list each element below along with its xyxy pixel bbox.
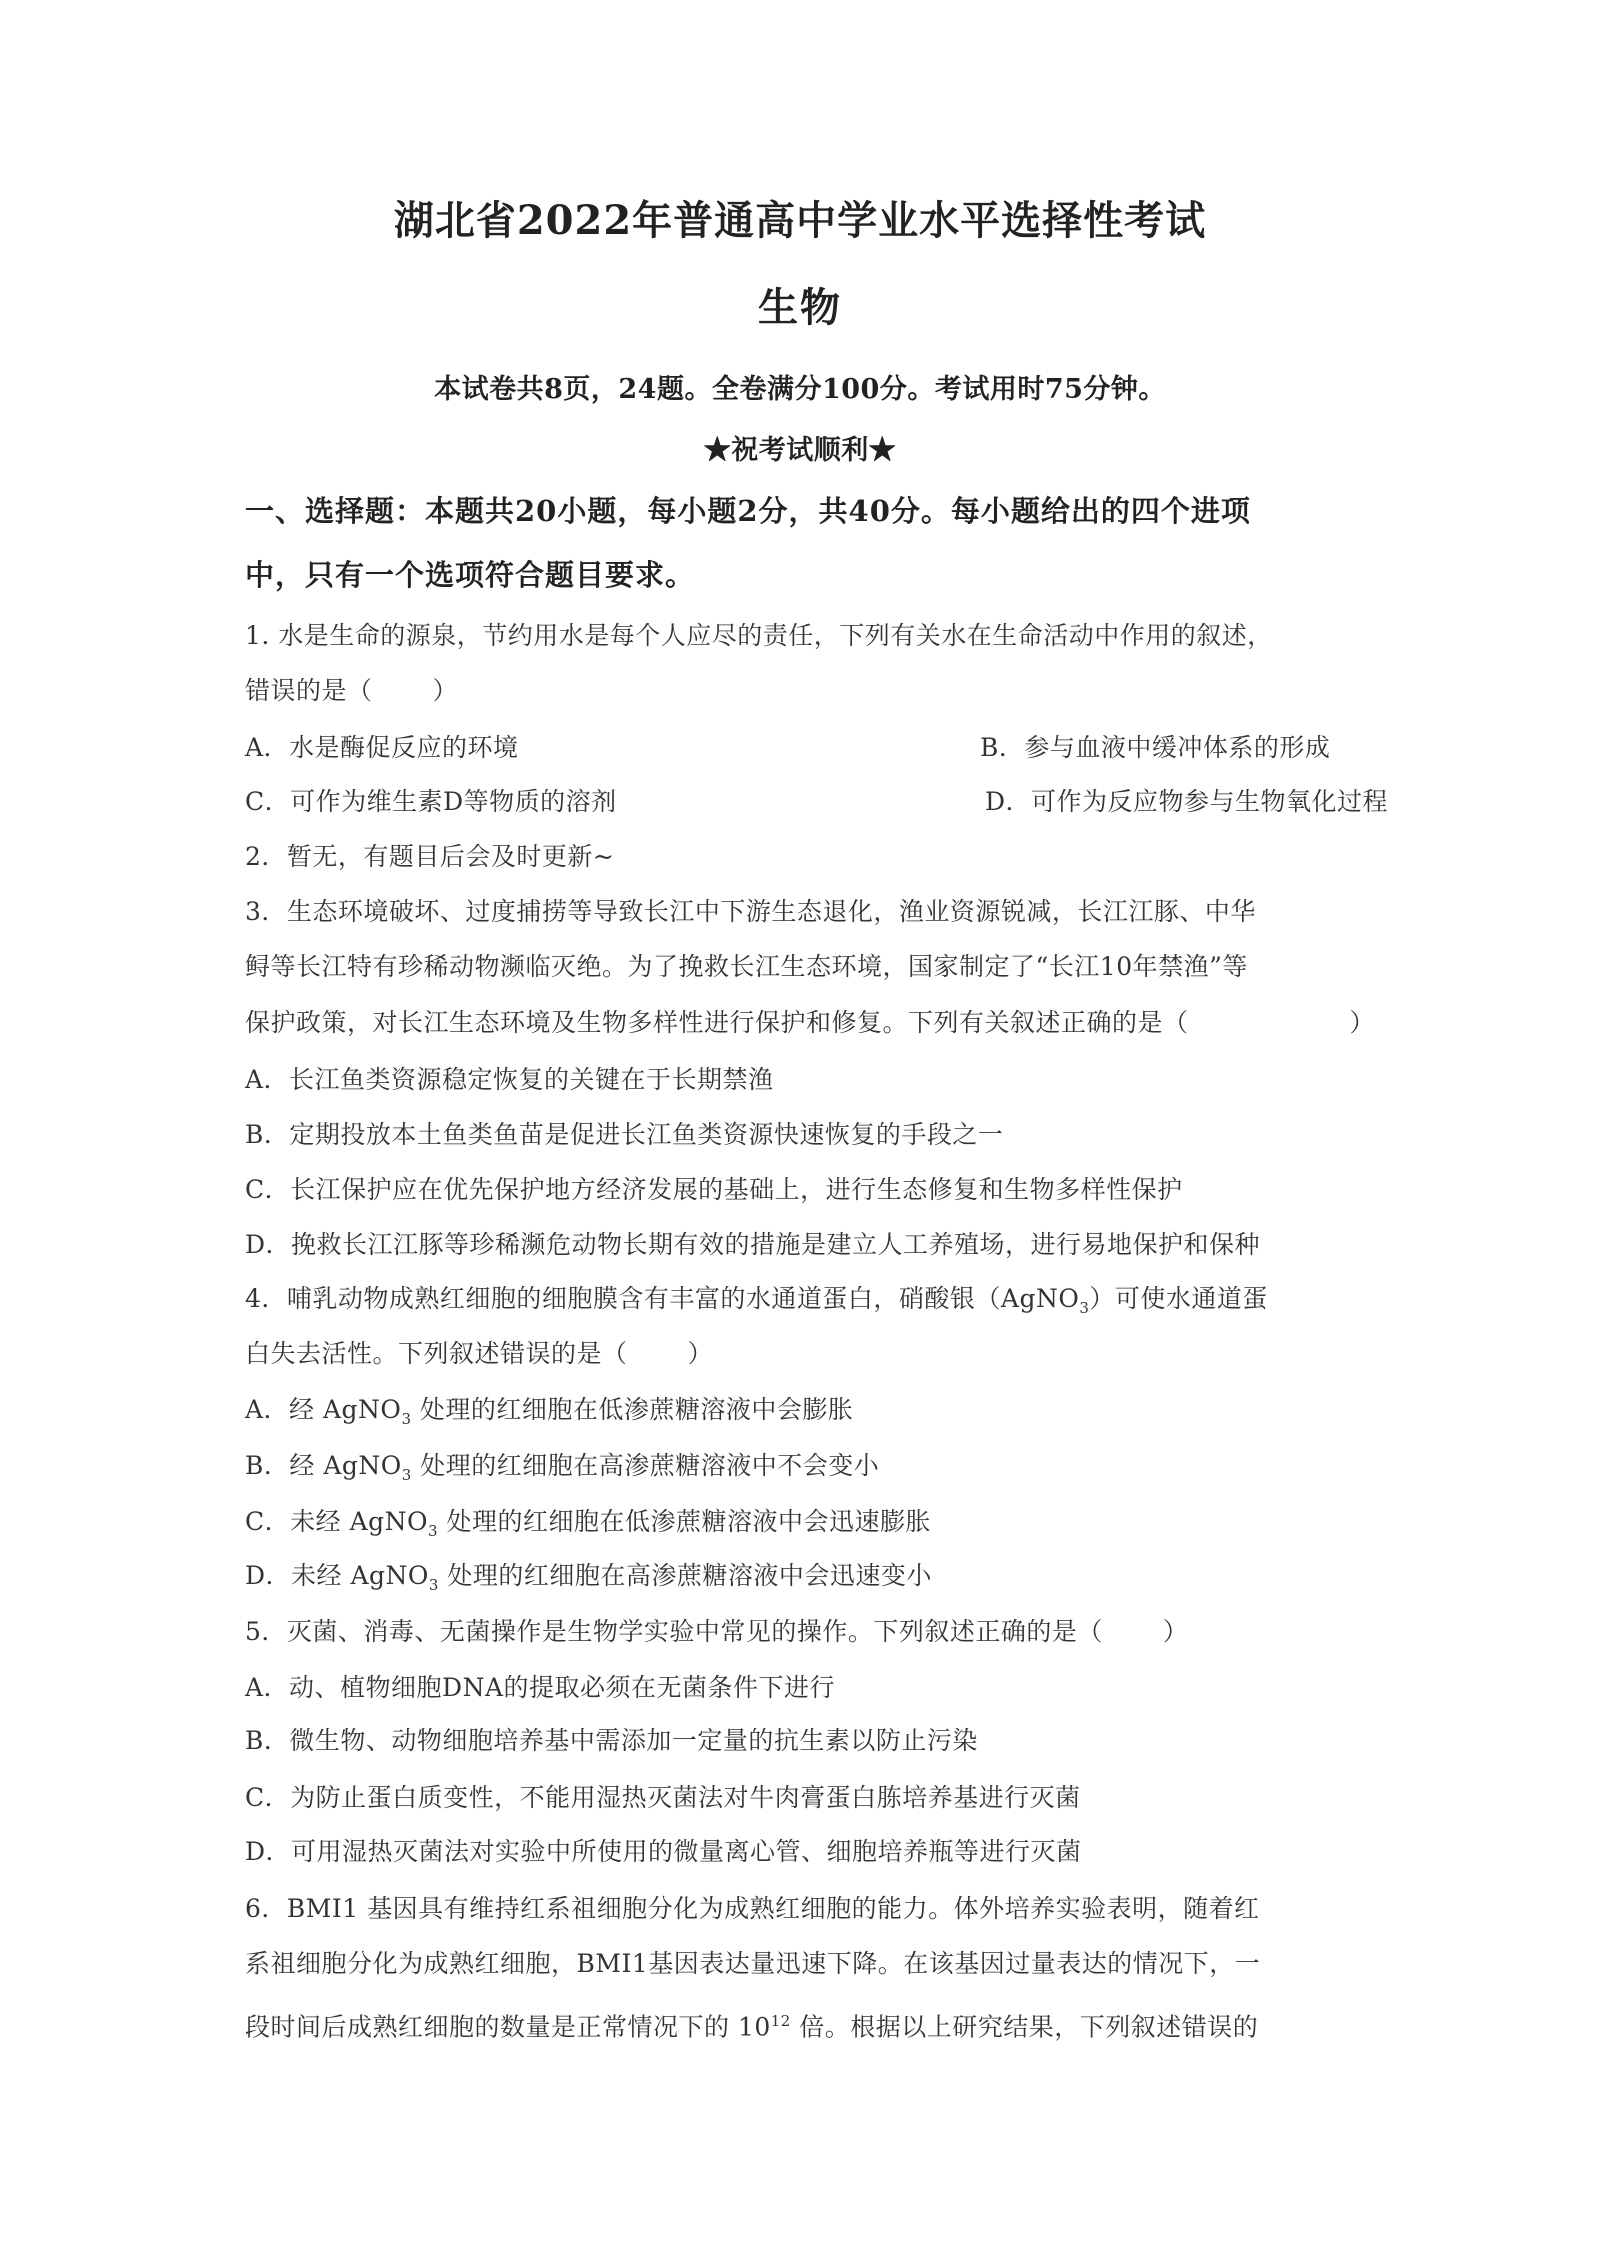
- subject-title: 生物: [0, 290, 1600, 326]
- exam-title: 湖北省2022年普通高中学业水平选择性考试: [0, 203, 1600, 239]
- q3-option-b: B．定期投放本土鱼类鱼苗是促进长江鱼类资源快速恢复的手段之一: [245, 1117, 1375, 1153]
- q4-option-c: C．未经 AgNO3 处理的红细胞在低渗蔗糖溶液中会迅速膨胀: [245, 1504, 1375, 1549]
- q1-options-row2: C．可作为维生素D等物质的溶剂 D．可作为反应物参与生物氧化过程: [245, 784, 1375, 820]
- q1-options-row1: A．水是酶促反应的环境 B．参与血液中缓冲体系的形成: [245, 730, 1375, 766]
- q3-option-a: A．长江鱼类资源稳定恢复的关键在于长期禁渔: [245, 1062, 1375, 1098]
- q4-option-b: B．经 AgNO3 处理的红细胞在高渗蔗糖溶液中不会变小: [245, 1448, 1375, 1493]
- q1-paren-close: ）: [433, 676, 459, 705]
- q4-option-a-post: 处理的红细胞在低渗蔗糖溶液中会膨胀: [411, 1395, 853, 1424]
- exam-page: 湖北省2022年普通高中学业水平选择性考试 生物 本试卷共8页，24题。全卷满分…: [0, 0, 1600, 2262]
- q3-stem-line1: 3．生态环境破坏、过度捕捞等导致长江中下游生态退化，渔业资源锐减，长江江豚、中华: [245, 894, 1375, 930]
- q4-option-c-post: 处理的红细胞在低渗蔗糖溶液中会迅速膨胀: [438, 1507, 931, 1536]
- q1-option-b: B．参与血液中缓冲体系的形成: [980, 730, 1330, 766]
- q3-option-d: D．挽救长江江豚等珍稀濒危动物长期有效的措施是建立人工养殖场，进行易地保护和保种: [245, 1227, 1375, 1263]
- q5-option-b: B．微生物、动物细胞培养基中需添加一定量的抗生素以防止污染: [245, 1723, 1375, 1759]
- q6-stem-line3: 段时间后成熟红细胞的数量是正常情况下的 1012 倍。根据以上研究结果，下列叙述…: [245, 2003, 1375, 2045]
- q3-stem-line2: 鲟等长江特有珍稀动物濒临灭绝。为了挽救长江生态环境，国家制定了“长江10年禁渔”…: [245, 949, 1375, 985]
- section-heading-line2: 中，只有一个选项符合题目要求。: [245, 557, 1375, 593]
- q4-stem-line1: 4．哺乳动物成熟红细胞的细胞膜含有丰富的水通道蛋白，硝酸银（AgNO3）可使水通…: [245, 1281, 1375, 1326]
- q3-stem-line3: 保护政策，对长江生态环境及生物多样性进行保护和修复。下列有关叙述正确的是（）: [245, 1005, 1375, 1041]
- q1-stem-line1: 1. 水是生命的源泉，节约用水是每个人应尽的责任，下列有关水在生命活动中作用的叙…: [245, 618, 1375, 654]
- subscript: 3: [402, 1466, 412, 1484]
- q1-stem-line2: 错误的是（）: [245, 673, 1375, 709]
- q5-stem-line1: 5．灭菌、消毒、无菌操作是生物学实验中常见的操作。下列叙述正确的是（）: [245, 1614, 1375, 1650]
- q4-option-a-pre: A．经 AgNO: [245, 1395, 401, 1424]
- q4-option-b-pre: B．经 AgNO: [245, 1451, 402, 1480]
- q5-stem-text: 5．灭菌、消毒、无菌操作是生物学实验中常见的操作。下列叙述正确的是（: [245, 1617, 1103, 1646]
- q3-stem-text: 保护政策，对长江生态环境及生物多样性进行保护和修复。下列有关叙述正确的是（: [245, 1005, 1189, 1041]
- exam-info: 本试卷共8页，24题。全卷满分100分。考试用时75分钟。: [0, 372, 1600, 408]
- subscript: 3: [401, 1410, 411, 1428]
- section-heading-line1: 一、选择题：本题共20小题，每小题2分，共40分。每小题给出的四个进项: [245, 493, 1375, 529]
- q4-option-b-post: 处理的红细胞在高渗蔗糖溶液中不会变小: [412, 1451, 879, 1480]
- q4-option-d-pre: D．未经 AgNO: [245, 1561, 429, 1590]
- q6-stem-line1: 6．BMI1 基因具有维持红系祖细胞分化为成熟红细胞的能力。体外培养实验表明，随…: [245, 1891, 1375, 1927]
- q4-option-d: D．未经 AgNO3 处理的红细胞在高渗蔗糖溶液中会迅速变小: [245, 1558, 1375, 1603]
- q4-stem-text-a: 4．哺乳动物成熟红细胞的细胞膜含有丰富的水通道蛋白，硝酸银（AgNO: [245, 1284, 1079, 1313]
- q6-stem-text-a: 段时间后成熟红细胞的数量是正常情况下的 10: [245, 2012, 771, 2041]
- q4-option-c-pre: C．未经 AgNO: [245, 1507, 428, 1536]
- good-luck-line: ★祝考试顺利★: [0, 433, 1600, 469]
- subscript: 3: [429, 1576, 439, 1594]
- q5-paren-close: ）: [1163, 1617, 1189, 1646]
- q4-option-d-post: 处理的红细胞在高渗蔗糖溶液中会迅速变小: [439, 1561, 932, 1590]
- subscript: 3: [428, 1522, 438, 1540]
- q5-option-a: A．动、植物细胞DNA的提取必须在无菌条件下进行: [245, 1670, 1375, 1706]
- q6-stem-text-b: 倍。根据以上研究结果，下列叙述错误的: [791, 2012, 1258, 2041]
- q1-stem-text: 错误的是（: [245, 676, 373, 705]
- q4-paren-close: ）: [688, 1339, 714, 1368]
- q1-option-a: A．水是酶促反应的环境: [245, 733, 519, 762]
- q2-stem-line1: 2．暂无，有题目后会及时更新~: [245, 839, 1375, 875]
- q1-option-d: D．可作为反应物参与生物氧化过程: [985, 784, 1388, 820]
- q3-option-c: C．长江保护应在优先保护地方经济发展的基础上，进行生态修复和生物多样性保护: [245, 1172, 1375, 1208]
- q4-option-a: A．经 AgNO3 处理的红细胞在低渗蔗糖溶液中会膨胀: [245, 1392, 1375, 1437]
- q6-stem-line2: 系祖细胞分化为成熟红细胞，BMI1基因表达量迅速下降。在该基因过量表达的情况下，…: [245, 1946, 1375, 1982]
- q5-option-c: C．为防止蛋白质变性，不能用湿热灭菌法对牛肉膏蛋白胨培养基进行灭菌: [245, 1780, 1375, 1816]
- superscript: 12: [771, 2012, 791, 2030]
- q4-stem-text-b: ）可使水通道蛋: [1089, 1284, 1268, 1313]
- q4-stem-line2: 白失去活性。下列叙述错误的是（）: [245, 1336, 1375, 1372]
- subscript: 3: [1079, 1299, 1089, 1317]
- q3-paren-close: ）: [1349, 1005, 1375, 1041]
- q1-option-c: C．可作为维生素D等物质的溶剂: [245, 787, 617, 816]
- q4-stem-text: 白失去活性。下列叙述错误的是（: [245, 1339, 628, 1368]
- q5-option-d: D．可用湿热灭菌法对实验中所使用的微量离心管、细胞培养瓶等进行灭菌: [245, 1834, 1375, 1870]
